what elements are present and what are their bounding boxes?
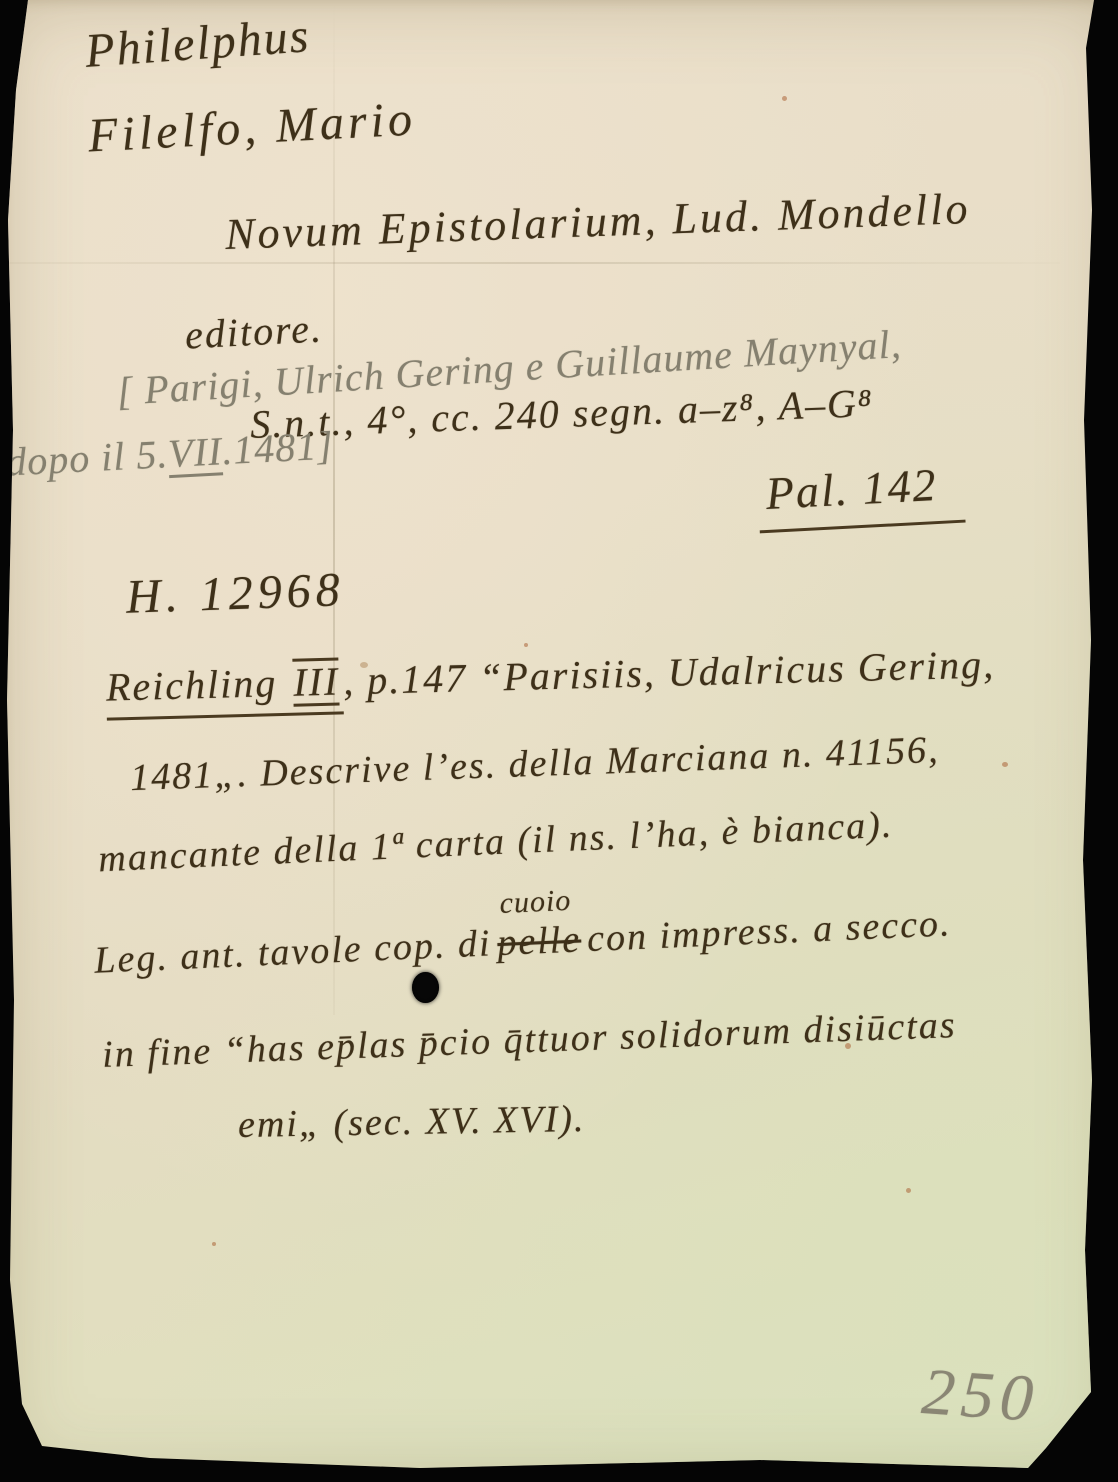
reichling-line3: mancante della 1ª carta (il ns. l’ha, è … [97, 803, 894, 882]
paper-speck [360, 662, 368, 668]
reichling-volume-numeral: III [293, 658, 340, 707]
binding-struck-word: pelle [496, 918, 582, 964]
paper-speck [845, 1043, 851, 1049]
reichling-citation-rest: , p.147 “Parisiis, Udalricus Gering, [343, 641, 996, 703]
scanned-catalog-card: Philelphus Filelfo, Mario Novum Epistola… [0, 0, 1118, 1482]
shelfmark: Pal. 142 [756, 457, 965, 534]
paper-speck [212, 1242, 216, 1246]
pencil-number: 250 [919, 1354, 1041, 1438]
binding-prefix: Leg. ant. tavole cop. di [93, 922, 492, 981]
punch-hole [412, 972, 439, 1003]
pencil-imprint-line2-start: dopo il 5. [5, 431, 169, 484]
title-line: Novum Epistolarium, Lud. Mondello [224, 183, 971, 260]
horizontal-crease [0, 262, 1060, 264]
paper-speck [906, 1188, 911, 1193]
paper-speck [524, 643, 528, 647]
shelfmark-line: Pal. 142 [756, 457, 965, 534]
binding-correction-group: pellecuoio [496, 917, 582, 965]
pencil-imprint-line2-end: .1481] [221, 422, 335, 473]
provenance-line1: in fine “has ep̄las p̄cio q̄ttuor solido… [101, 1003, 957, 1077]
provenance-line2: emi„ (sec. XV. XVI). [238, 1097, 586, 1147]
heading-latin: Philelphus [83, 8, 312, 79]
reichling-reference: Reichling III [105, 657, 344, 720]
title-continuation: editore. [184, 304, 324, 358]
binding-correction-word: cuoio [499, 884, 572, 921]
hain-number: H. 12968 [125, 562, 345, 625]
binding-note-line: Leg. ant. tavole cop. dipellecuoiocon im… [93, 901, 952, 982]
heading-vernacular: Filelfo, Mario [87, 91, 417, 163]
paper-speck [1002, 762, 1008, 767]
reichling-line2: 1481„. Descrive l’es. della Marciana n. … [129, 728, 940, 800]
paper-card: Philelphus Filelfo, Mario Novum Epistola… [0, 0, 1118, 1482]
reichling-name: Reichling [105, 660, 289, 710]
reichling-citation-line: Reichling III, p.147 “Parisiis, Udalricu… [105, 640, 995, 720]
pencil-imprint-line2: dopo il 5.VII.1481] [5, 421, 335, 486]
paper-speck [782, 96, 787, 101]
binding-suffix: con impress. a secco. [586, 902, 952, 960]
pencil-roman-numeral: VII [167, 430, 223, 478]
